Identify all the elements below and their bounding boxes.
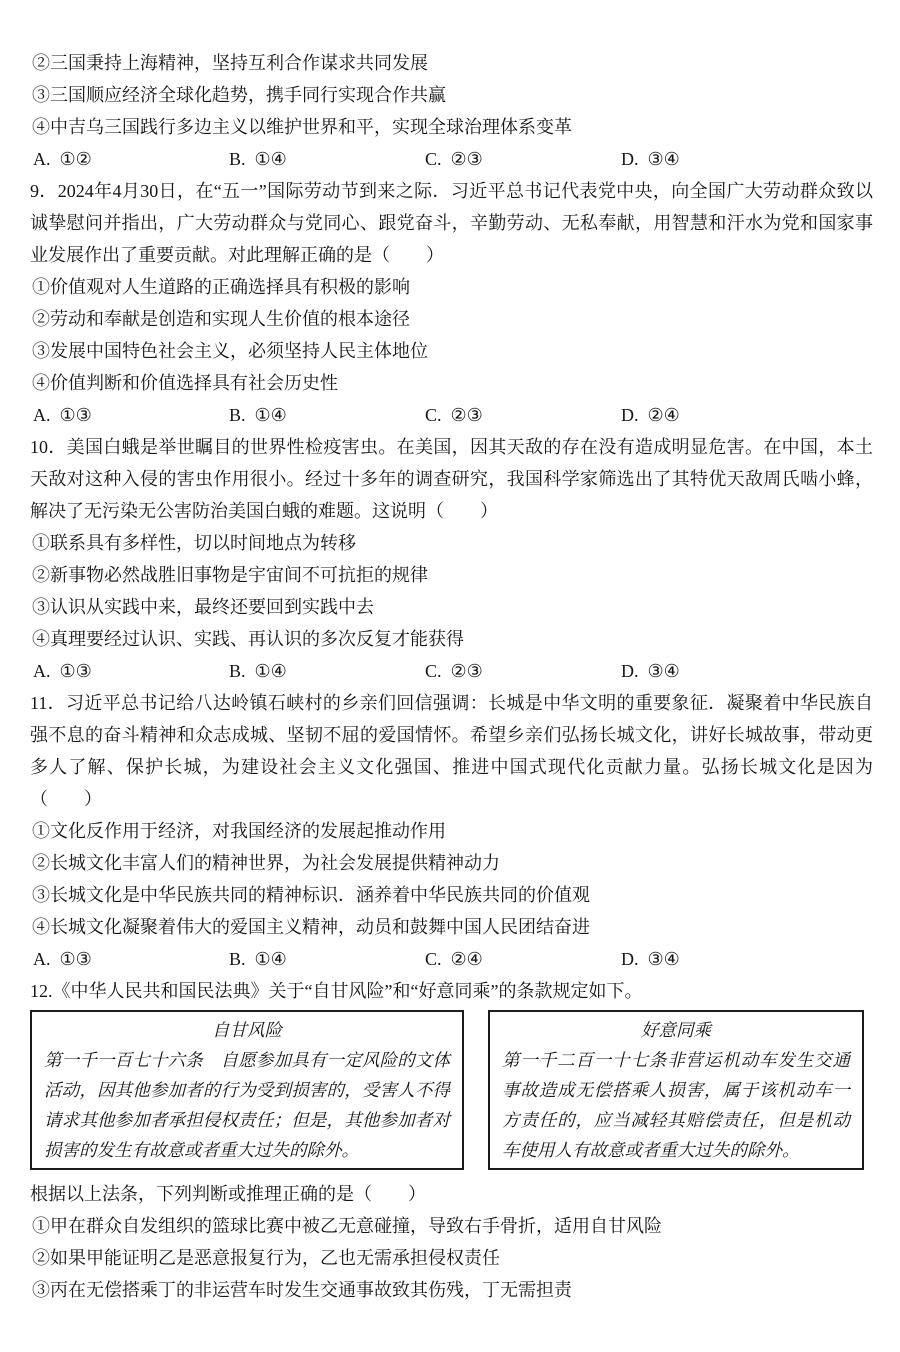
choice-row: A.①② B.①④ C.②③ D.③④ [30,143,873,175]
choice-value: ②③ [451,149,483,169]
option-line: ②如果甲能证明乙是恶意报复行为，乙也无需承担侵权责任 [30,1242,873,1274]
option-line: ②新事物必然战胜旧事物是宇宙间不可抗拒的规律 [30,559,873,591]
choice-c: C.②③ [425,655,621,687]
choice-b: B.①④ [229,399,425,431]
choice-value: ③④ [648,149,680,169]
choice-value: ②③ [451,405,483,425]
choice-value: ①② [60,149,92,169]
choice-c: C.②④ [425,943,621,975]
choice-c: C.②③ [425,143,621,175]
law-box-zigan-fengxian: 自甘风险 第一千一百七十六条 自愿参加具有一定风险的文体活动，因其他参加者的行为… [30,1010,464,1170]
choice-label: D. [621,949,639,969]
option-line: ④长城文化凝聚着伟大的爱国主义精神，动员和鼓舞中国人民团结奋进 [30,911,873,943]
law-box-title: 好意同乘 [502,1015,850,1045]
choice-label: C. [425,949,442,969]
option-line: ②劳动和奉献是创造和实现人生价值的根本途径 [30,303,873,335]
choice-row: A.①③ B.①④ C.②④ D.③④ [30,943,873,975]
choice-a: A.①③ [33,399,229,431]
option-line: ②三国秉持上海精神，坚持互利合作谋求共同发展 [30,47,873,79]
choice-label: C. [425,661,442,681]
choice-d: D.③④ [621,943,680,975]
option-line: ①甲在群众自发组织的篮球比赛中被乙无意碰撞，导致右手骨折，适用自甘风险 [30,1210,873,1242]
choice-b: B.①④ [229,143,425,175]
choice-label: D. [621,661,639,681]
choice-label: C. [425,405,442,425]
choice-a: A.①③ [33,655,229,687]
choice-value: ①③ [60,405,92,425]
choice-label: A. [33,149,51,169]
option-line: ①文化反作用于经济，对我国经济的发展起推动作用 [30,815,873,847]
choice-label: C. [425,149,442,169]
choice-a: A.①② [33,143,229,175]
choice-value: ②④ [648,405,680,425]
choice-label: D. [621,149,639,169]
choice-value: ②③ [451,661,483,681]
choice-d: D.③④ [621,143,680,175]
choice-b: B.①④ [229,655,425,687]
choice-label: B. [229,405,246,425]
option-line: ①价值观对人生道路的正确选择具有积极的影响 [30,271,873,303]
choice-row: A.①③ B.①④ C.②③ D.②④ [30,399,873,431]
question-9: 9．2024年4月30日，在“五一”国际劳动节到来之际．习近平总书记代表党中央，… [30,175,873,431]
choice-row: A.①③ B.①④ C.②③ D.③④ [30,655,873,687]
option-line: ②长城文化丰富人们的精神世界，为社会发展提供精神动力 [30,847,873,879]
law-clause-boxes: 自甘风险 第一千一百七十六条 自愿参加具有一定风险的文体活动，因其他参加者的行为… [30,1010,873,1170]
choice-value: ①③ [60,949,92,969]
choice-d: D.②④ [621,399,680,431]
option-line: ③丙在无偿搭乘丁的非运营车时发生交通事故致其伤残，丁无需担责 [30,1274,873,1306]
choice-value: ②④ [451,949,483,969]
question-stem: 12.《中华人民共和国民法典》关于“自甘风险”和“好意同乘”的条款规定如下。 [30,975,873,1007]
question-stem: 9．2024年4月30日，在“五一”国际劳动节到来之际．习近平总书记代表党中央，… [30,175,873,271]
option-line: ④价值判断和价值选择具有社会历史性 [30,367,873,399]
choice-value: ①④ [255,149,287,169]
option-line: ①联系具有多样性，切以时间地点为转移 [30,527,873,559]
choice-value: ①④ [255,405,287,425]
choice-value: ③④ [648,949,680,969]
choice-label: B. [229,661,246,681]
option-line: ③三国顺应经济全球化趋势，携手同行实现合作共赢 [30,79,873,111]
choice-value: ①④ [255,949,287,969]
choice-c: C.②③ [425,399,621,431]
choice-label: A. [33,405,51,425]
choice-label: B. [229,149,246,169]
choice-label: A. [33,661,51,681]
law-box-haoyi-tongcheng: 好意同乘 第一千二百一十七条非营运机动车发生交通事故造成无偿搭乘人损害，属于该机… [488,1010,864,1170]
choice-label: B. [229,949,246,969]
question-10: 10．美国白蛾是举世瞩目的世界性检疫害虫。在美国，因其天敌的存在没有造成明显危害… [30,431,873,687]
law-box-body: 第一千二百一十七条非营运机动车发生交通事故造成无偿搭乘人损害，属于该机动车一方责… [502,1045,850,1165]
exam-page: ②三国秉持上海精神，坚持互利合作谋求共同发展 ③三国顺应经济全球化趋势，携手同行… [0,0,900,1352]
follow-up-line: 根据以上法条，下列判断或推理正确的是（ ） [30,1178,873,1210]
choice-d: D.③④ [621,655,680,687]
law-box-title: 自甘风险 [44,1015,450,1045]
option-line: ④真理要经过认识、实践、再认识的多次反复才能获得 [30,623,873,655]
choice-label: D. [621,405,639,425]
law-box-body: 第一千一百七十六条 自愿参加具有一定风险的文体活动，因其他参加者的行为受到损害的… [44,1045,450,1165]
choice-label: A. [33,949,51,969]
choice-a: A.①③ [33,943,229,975]
question-11: 11．习近平总书记给八达岭镇石峡村的乡亲们回信强调：长城是中华文明的重要象征．凝… [30,687,873,975]
question-stem: 11．习近平总书记给八达岭镇石峡村的乡亲们回信强调：长城是中华文明的重要象征．凝… [30,687,873,815]
option-line: ④中吉乌三国践行多边主义以维护世界和平，实现全球治理体系变革 [30,111,873,143]
choice-b: B.①④ [229,943,425,975]
option-line: ③长城文化是中华民族共同的精神标识．涵养着中华民族共同的价值观 [30,879,873,911]
question-12: 12.《中华人民共和国民法典》关于“自甘风险”和“好意同乘”的条款规定如下。 自… [30,975,873,1306]
option-line: ③认识从实践中来，最终还要回到实践中去 [30,591,873,623]
option-line: ③发展中国特色社会主义，必须坚持人民主体地位 [30,335,873,367]
choice-value: ①④ [255,661,287,681]
question-stem: 10．美国白蛾是举世瞩目的世界性检疫害虫。在美国，因其天敌的存在没有造成明显危害… [30,431,873,527]
choice-value: ③④ [648,661,680,681]
question-fragment: ②三国秉持上海精神，坚持互利合作谋求共同发展 ③三国顺应经济全球化趋势，携手同行… [30,47,873,175]
choice-value: ①③ [60,661,92,681]
